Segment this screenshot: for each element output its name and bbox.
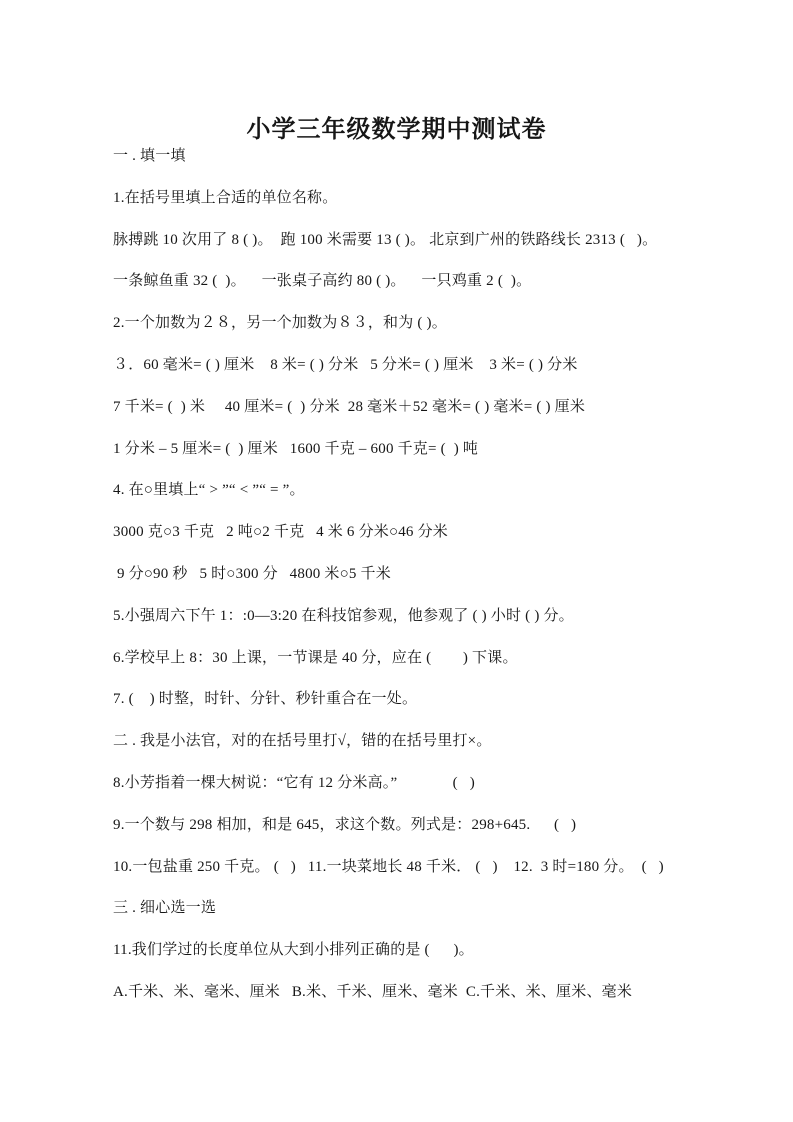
question-7: 7. ( ) 时整，时针、分针、秒针重合在一处。 [113,679,763,721]
question-3-row-2: 7 千米= ( ) 米 40 厘米= ( ) 分米 28 毫米＋52 毫米= (… [113,387,763,429]
question-1-row-1: 脉搏跳 10 次用了 8 ( )。 跑 100 米需要 13 ( )。 北京到广… [113,220,763,262]
section-1-heading: 一 . 填一填 [113,136,763,178]
question-3-row-1: ３．60 毫米= ( ) 厘米 8 米= ( ) 分米 5 分米= ( ) 厘米… [113,345,763,387]
question-3-row-3: 1 分米 – 5 厘米= ( ) 厘米 1600 千克 – 600 千克= ( … [113,429,763,471]
test-paper-page: 小学三年级数学期中测试卷 一 . 填一填 1.在括号里填上合适的单位名称。 脉搏… [0,0,793,1122]
question-4-row-1: 3000 克○3 千克 2 吨○2 千克 4 米 6 分米○46 分米 [113,512,763,554]
question-6: 6.学校早上 8：30 上课，一节课是 40 分，应在 ( ) 下课。 [113,638,763,680]
question-1-row-2: 一条鲸鱼重 32 ( )。 一张桌子高约 80 ( )。 一只鸡重 2 ( )。 [113,261,763,303]
question-4: 4. 在○里填上“ > ”“ < ”“ = ”。 [113,470,763,512]
document-body: 一 . 填一填 1.在括号里填上合适的单位名称。 脉搏跳 10 次用了 8 ( … [113,136,763,1014]
question-4-row-2: 9 分○90 秒 5 时○300 分 4800 米○5 千米 [113,554,763,596]
question-5: 5.小强周六下午 1：:0—3:20 在科技馆参观，他参观了 ( ) 小时 ( … [113,596,763,638]
question-10-11-12: 10.一包盐重 250 千克。 ( ) 11.一块菜地长 48 千米． ( ) … [113,847,763,889]
question-2: 2.一个加数为２８，另一个加数为８３，和为 ( )。 [113,303,763,345]
question-8: 8.小芳指着一棵大树说：“它有 12 分米高。” ( ) [113,763,763,805]
question-11-options: A.千米、米、毫米、厘米 B.米、千米、厘米、毫米 C.千米、米、厘米、毫米 [113,972,763,1014]
question-9: 9.一个数与 298 相加，和是 645，求这个数。列式是：298+645. (… [113,805,763,847]
section-3-heading: 三 . 细心选一选 [113,888,763,930]
question-1: 1.在括号里填上合适的单位名称。 [113,178,763,220]
section-2-heading: 二 . 我是小法官，对的在括号里打√，错的在括号里打×。 [113,721,763,763]
question-11-choice: 11.我们学过的长度单位从大到小排列正确的是 ( )。 [113,930,763,972]
